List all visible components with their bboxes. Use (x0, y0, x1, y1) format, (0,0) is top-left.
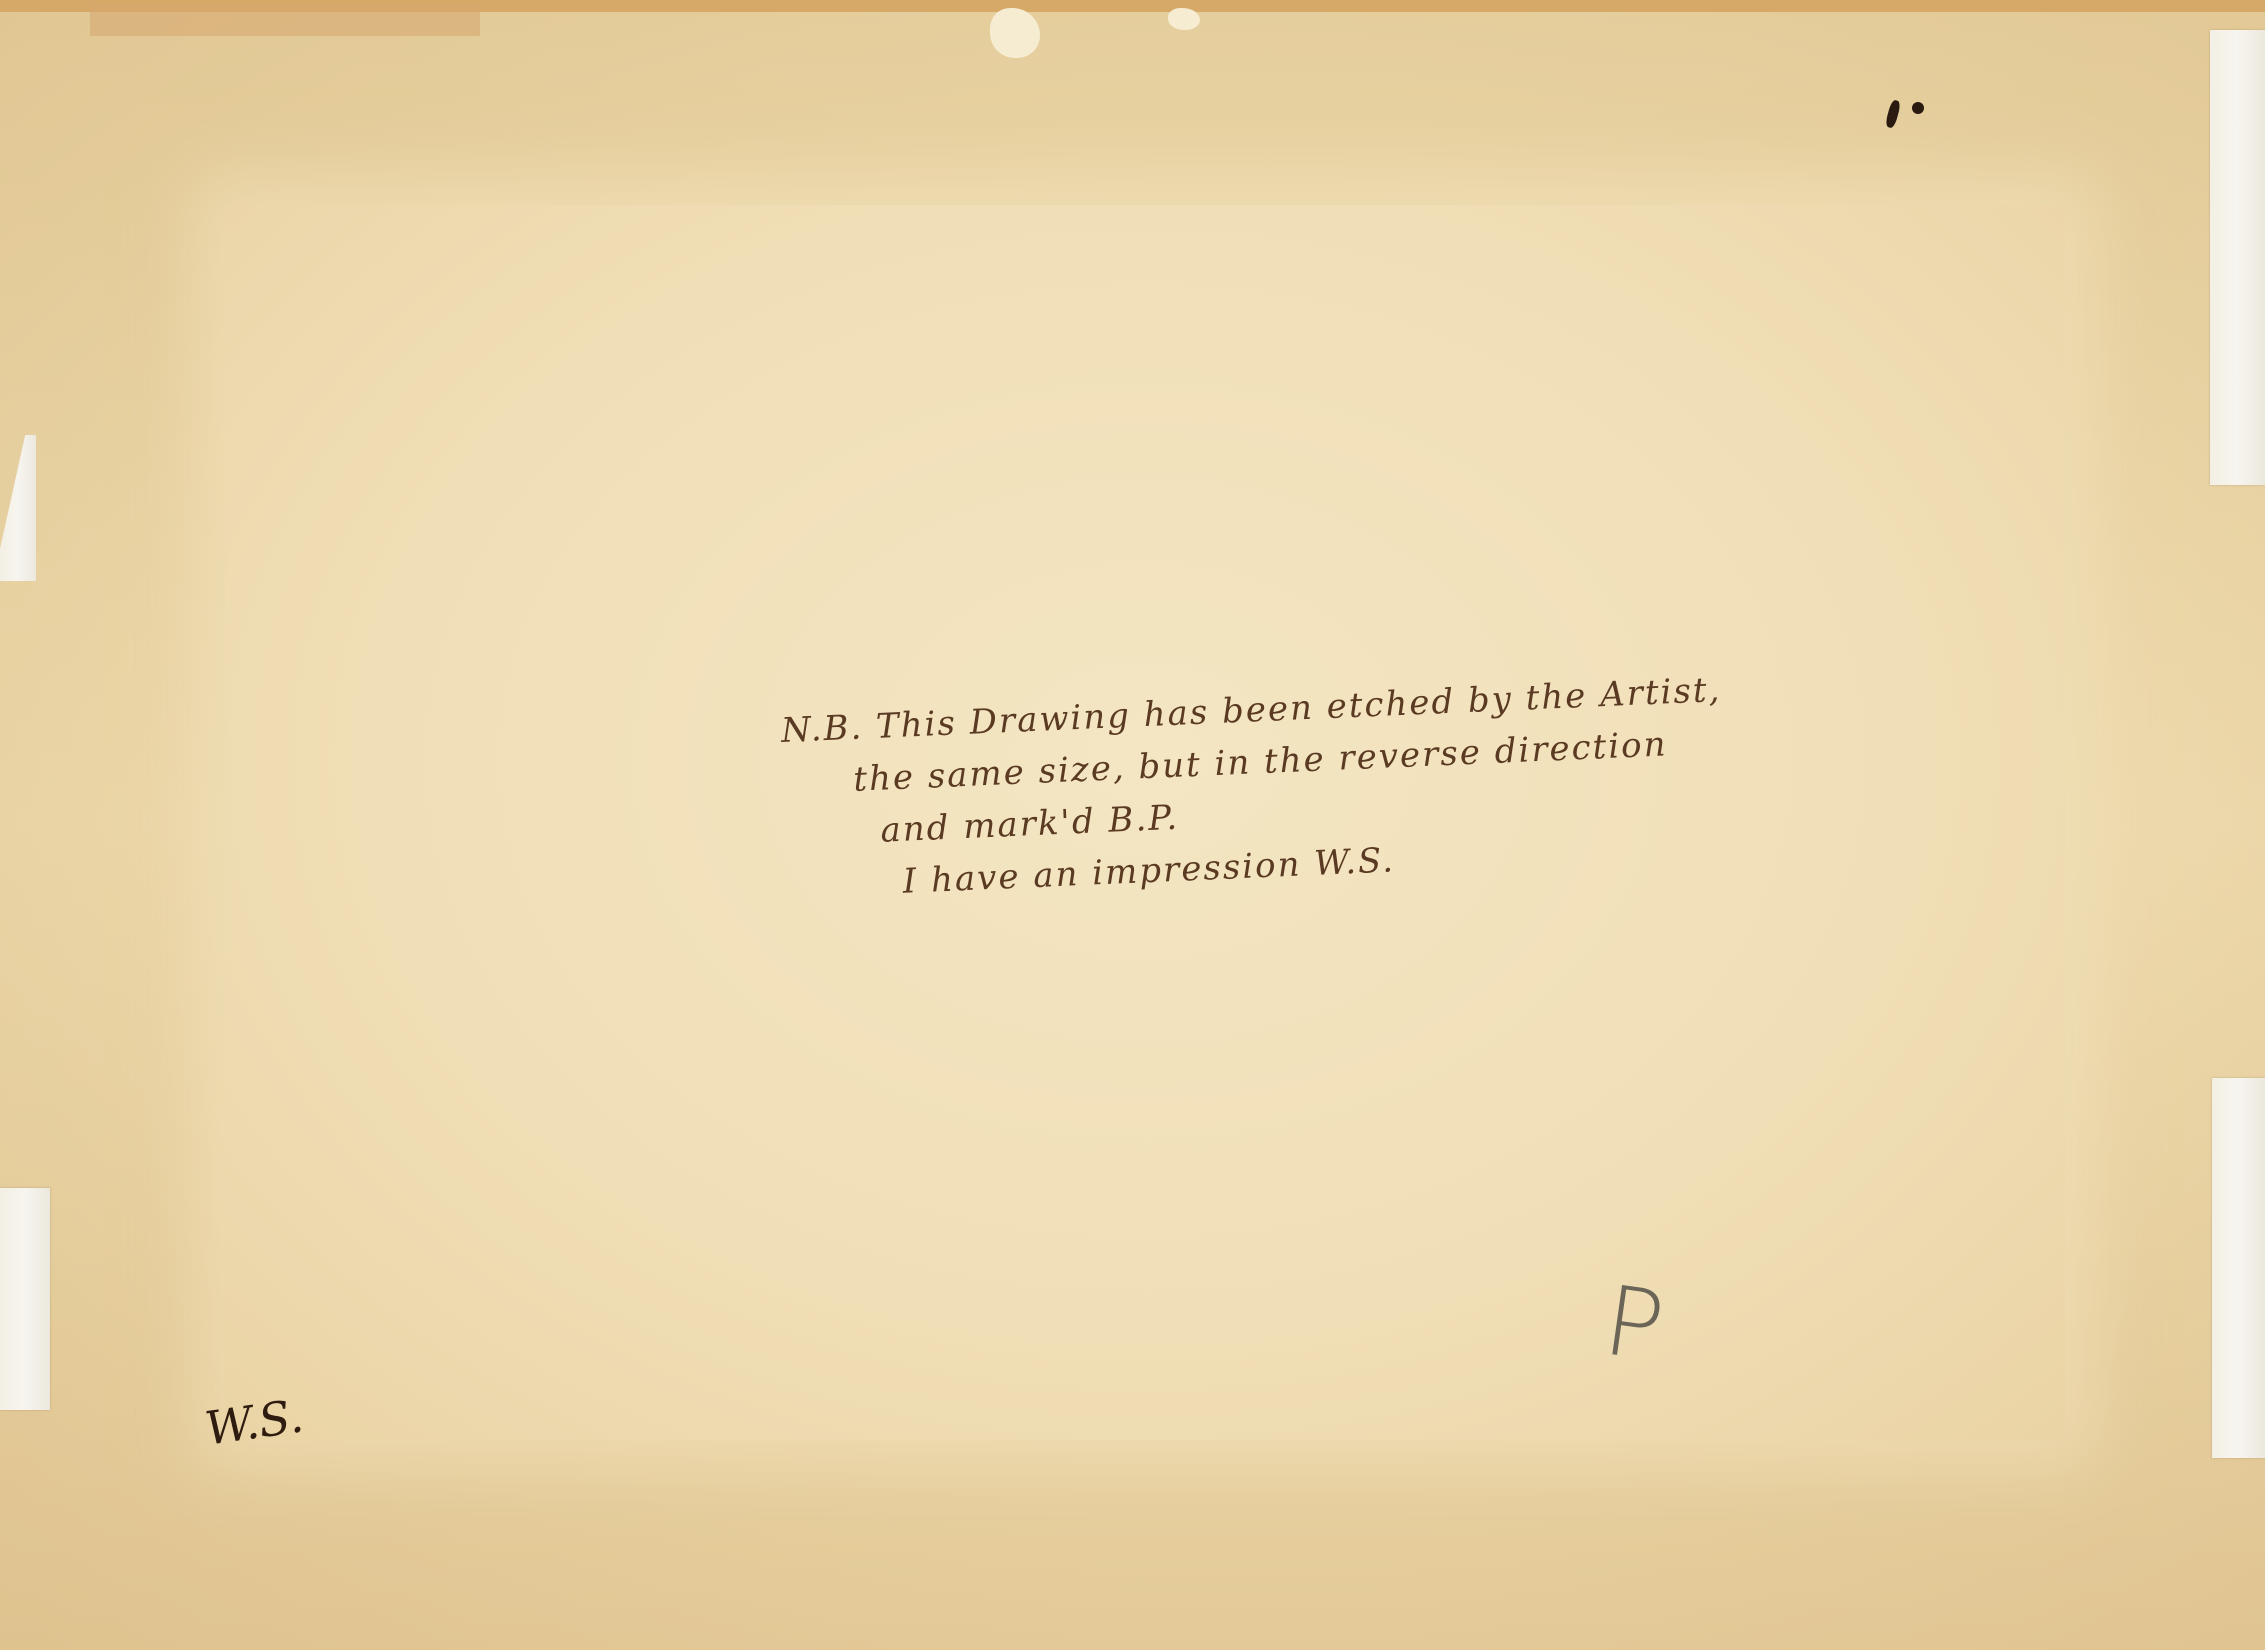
paper-loss (1168, 8, 1200, 30)
ink-spot (1885, 99, 1902, 129)
handwritten-inscription: N.B. This Drawing has been etched by the… (780, 663, 1748, 913)
collector-initials: W.S. (202, 1388, 307, 1455)
paper-loss (990, 8, 1040, 58)
hinge-tape-left-upper (0, 435, 36, 581)
paper-sheet: N.B. This Drawing has been etched by the… (0, 0, 2265, 1650)
stain-band (90, 6, 480, 36)
ink-spot (1912, 102, 1924, 114)
hinge-tape-left-lower (0, 1188, 50, 1410)
hinge-tape-right-lower (2212, 1078, 2265, 1458)
hinge-tape-right-upper (2210, 30, 2265, 485)
